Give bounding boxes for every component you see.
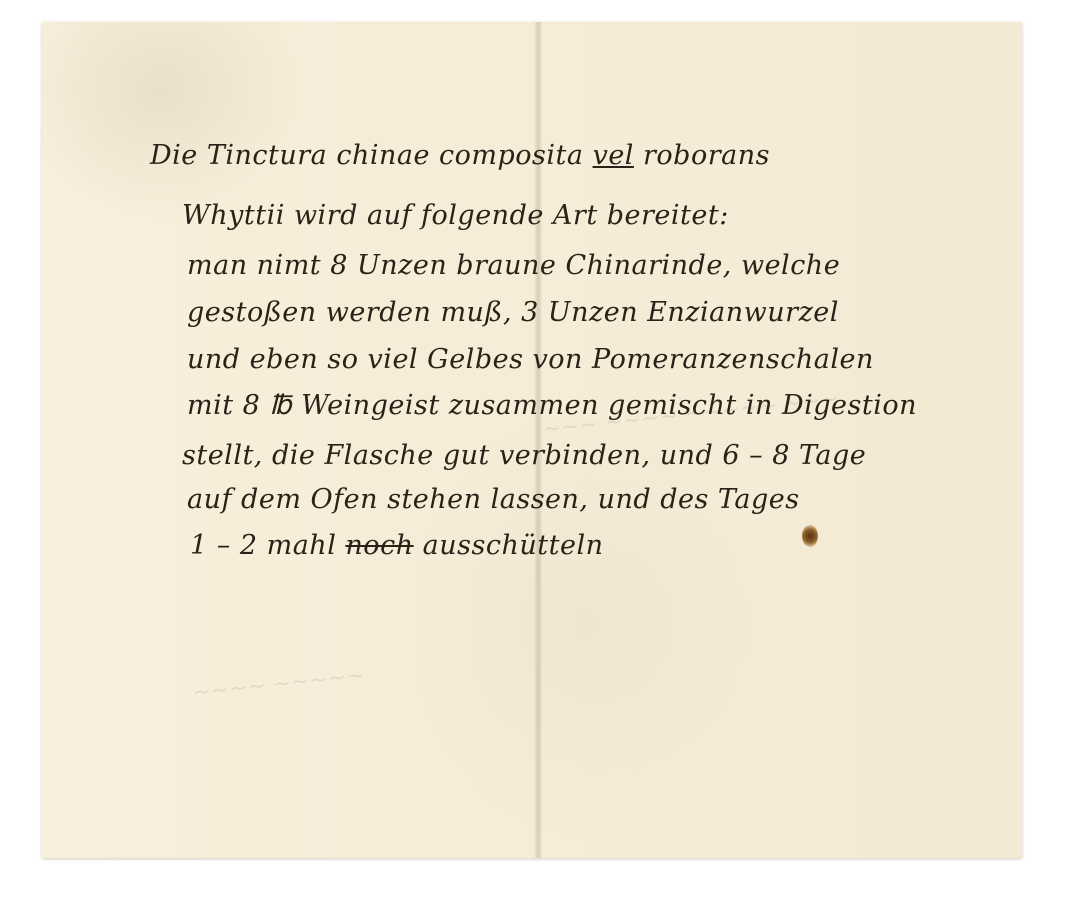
manuscript-page: ~~~ ~~~~ ~~~~~ ~~~ ~~~~ ~~~~~ Die Tinctu… [42,22,1022,858]
text-line-4: gestoßen werden muß, 3 Unzen Enzianwurze… [187,297,839,328]
text-line-8: auf dem Ofen stehen lassen, und des Tage… [187,484,800,515]
text-line-2: Whyttii wird auf folgende Art bereitet: [182,200,729,231]
text-line-3: man nimt 8 Unzen braune Chinarinde, welc… [187,250,840,281]
struck-word: noch [345,530,413,561]
text-line-6: mit 8 ℔ Weingeist zusammen gemischt in D… [187,390,917,421]
text-line-7: stellt, die Flasche gut verbinden, und 6… [182,440,866,471]
underlined-word: vel [593,140,634,171]
text-line-5: und eben so viel Gelbes von Pomeranzensc… [187,344,874,375]
ink-stain [802,525,818,547]
text-line-1: Die Tinctura chinae composita vel robora… [150,140,770,171]
text-line-9: 1 – 2 mahl noch ausschütteln [190,530,603,561]
bleed-through-text: ~~~~ ~~~~~ [191,663,366,706]
